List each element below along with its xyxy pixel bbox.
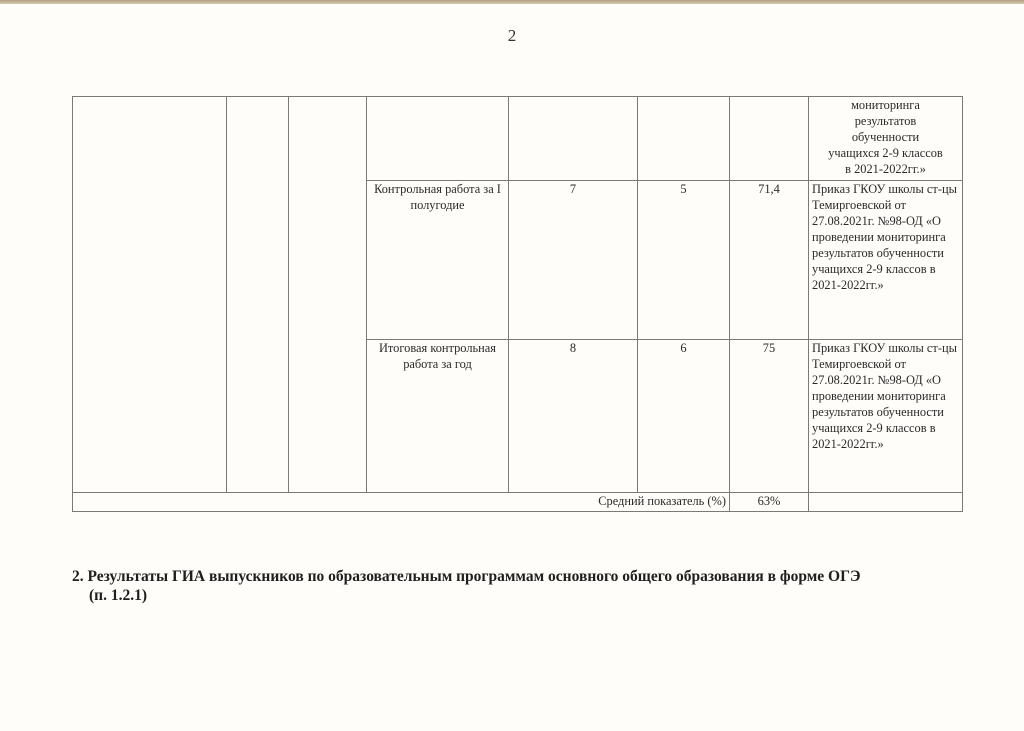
passed-cell <box>638 97 730 181</box>
merged-cell-1 <box>73 97 227 493</box>
average-empty-cell <box>809 493 963 512</box>
participants-cell: 8 <box>509 340 638 493</box>
percent-cell <box>730 97 809 181</box>
page-top-edge <box>0 0 1024 4</box>
average-value: 63% <box>730 493 809 512</box>
participants-cell <box>509 97 638 181</box>
order-cell: Приказ ГКОУ школы ст-цы Темиргоевской от… <box>809 340 963 493</box>
table-row-continuation: мониторинга результатов обученности учащ… <box>73 97 963 181</box>
work-type-cell: Контрольная работа за I полугодие <box>367 181 509 340</box>
merged-cell-2 <box>227 97 289 493</box>
section-heading-line2: (п. 1.2.1) <box>72 586 972 605</box>
section-heading-line1: 2. Результаты ГИА выпускников по образов… <box>72 568 861 585</box>
order-cell: Приказ ГКОУ школы ст-цы Темиргоевской от… <box>809 181 963 340</box>
percent-cell: 71,4 <box>730 181 809 340</box>
average-row: Средний показатель (%) 63% <box>73 493 963 512</box>
section-heading: 2. Результаты ГИА выпускников по образов… <box>72 567 972 605</box>
work-type-cell <box>367 97 509 181</box>
percent-cell: 75 <box>730 340 809 493</box>
results-table: мониторинга результатов обученности учащ… <box>72 96 963 512</box>
page-number: 2 <box>0 26 1024 46</box>
average-label: Средний показатель (%) <box>73 493 730 512</box>
participants-cell: 7 <box>509 181 638 340</box>
order-cell: мониторинга результатов обученности учащ… <box>809 97 963 181</box>
passed-cell: 5 <box>638 181 730 340</box>
merged-cell-3 <box>289 97 367 493</box>
work-type-cell: Итоговая контрольная работа за год <box>367 340 509 493</box>
passed-cell: 6 <box>638 340 730 493</box>
